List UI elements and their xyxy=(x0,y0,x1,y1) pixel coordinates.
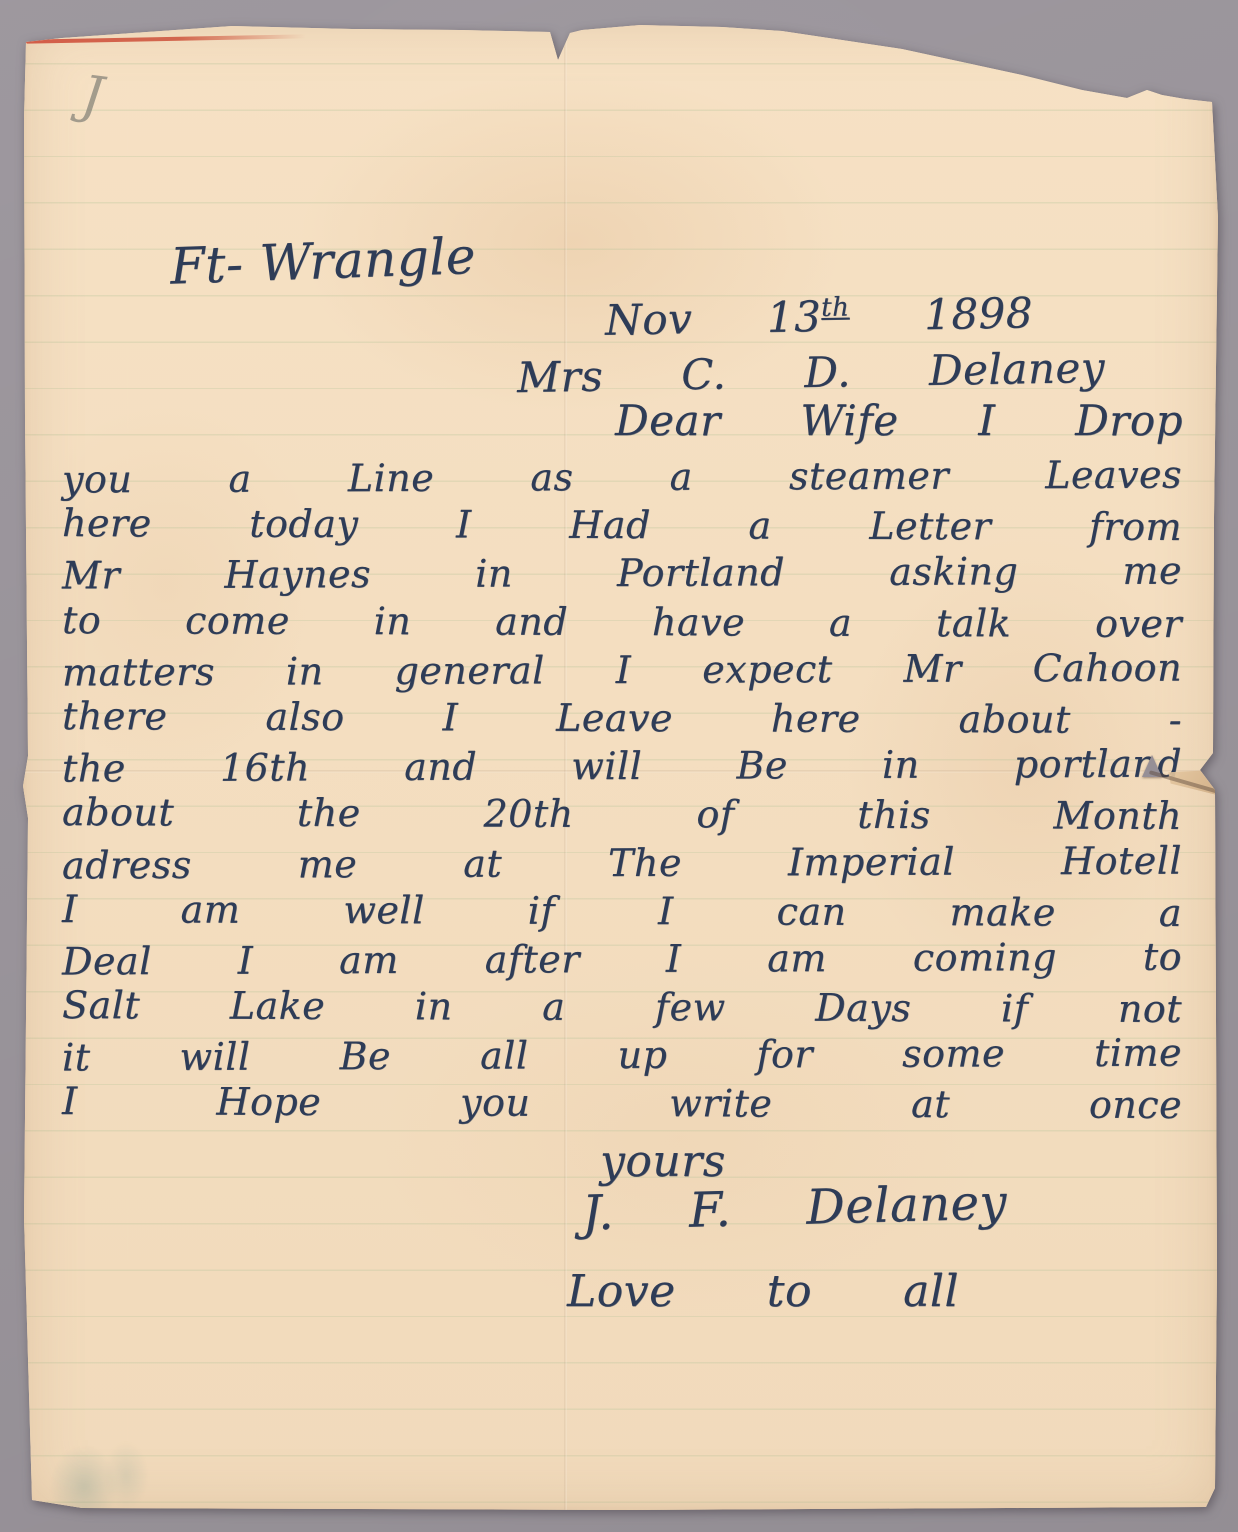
letter-page: J Ft- Wrangle Nov 13th 1898 Mrs C. D. De… xyxy=(22,18,1218,1512)
body-line: here today I Had a Letter from xyxy=(62,500,1182,552)
letter-body: you a Line as a steamer Leaves here toda… xyxy=(62,454,1182,1129)
body-line: to come in and have a talk over xyxy=(62,597,1182,649)
body-line: adress me at The Imperial Hotell xyxy=(62,837,1182,890)
date-ordinal: th xyxy=(821,292,850,322)
body-line: there also I Leave here about - xyxy=(62,693,1182,745)
body-line: Mr Haynes in Portland asking me xyxy=(62,548,1182,601)
closing-line: yours xyxy=(600,1136,726,1187)
body-line: matters in general I expect Mr Cahoon xyxy=(62,644,1182,697)
pencil-annotation: J xyxy=(78,65,106,127)
postscript-line: Love to all xyxy=(567,1266,959,1317)
date-year: 1898 xyxy=(924,288,1034,339)
body-line: it will Be all up for some time xyxy=(62,1030,1182,1083)
body-line: I Hope you write at once xyxy=(62,1078,1182,1130)
body-line: the 16th and will Be in portland xyxy=(62,741,1182,794)
date-line: Nov 13th 1898 xyxy=(605,288,1034,344)
signature-line: J. F. Delaney xyxy=(581,1174,1007,1241)
date-day: Nov 13 xyxy=(605,292,822,345)
pencil-smudge xyxy=(36,1426,156,1532)
body-line: I am well if I can make a xyxy=(62,886,1182,938)
letter-photo: J Ft- Wrangle Nov 13th 1898 Mrs C. D. De… xyxy=(0,0,1238,1532)
recipient-line: Mrs C. D. Delaney xyxy=(517,343,1106,402)
body-line: Deal I am after I am coming to xyxy=(62,933,1182,986)
body-line: Salt Lake in a few Days if not xyxy=(62,982,1182,1034)
salutation-line: Dear Wife I Drop xyxy=(615,396,1183,445)
body-line: about the 20th of this Month xyxy=(62,789,1182,841)
photo-of-letter: { "colors": { "background": "#a49ea5", "… xyxy=(0,0,1238,1532)
red-top-edge xyxy=(26,34,306,43)
place-line: Ft- Wrangle xyxy=(169,222,606,295)
body-line: you a Line as a steamer Leaves xyxy=(62,452,1182,505)
